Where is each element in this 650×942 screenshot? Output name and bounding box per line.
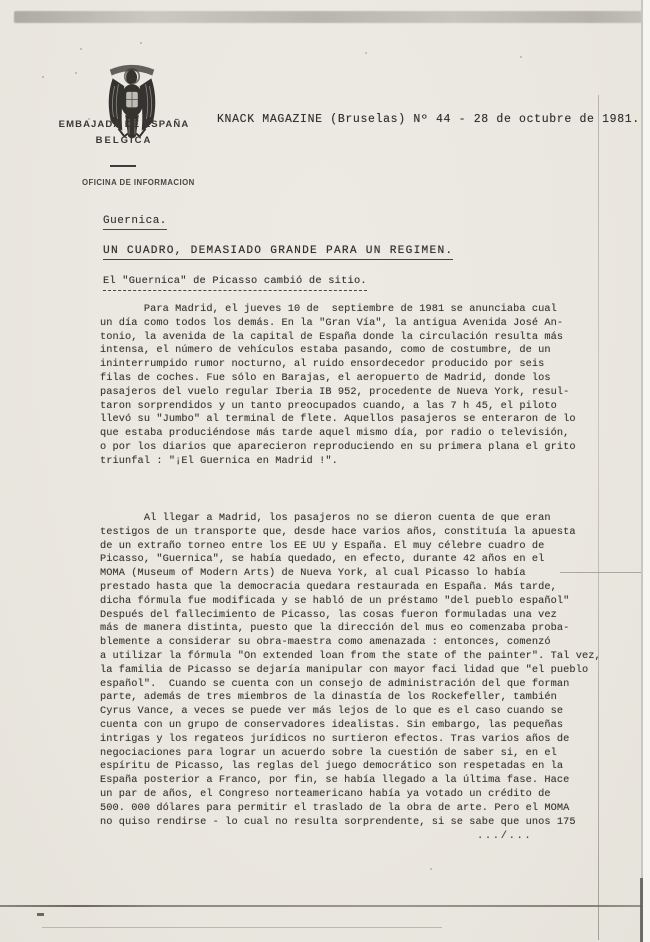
scan-artifact-mark <box>640 878 643 942</box>
scan-speck <box>80 48 82 50</box>
publication-header: KNACK MAGAZINE (Bruselas) Nº 44 - 28 de … <box>217 113 640 126</box>
scan-speck <box>140 42 142 44</box>
page-right-edge <box>641 0 650 942</box>
embassy-country: BELGICA <box>38 135 210 146</box>
scan-artifact-mark <box>37 913 44 916</box>
subtitle: El "Guernica" de Picasso cambió de sitio… <box>103 275 367 291</box>
scan-speck <box>520 56 522 58</box>
scan-speck <box>42 76 44 78</box>
scan-artifact-crease <box>42 927 442 928</box>
scanned-document-page: EMBAJADA DE ESPAÑA BELGICA OFICINA DE IN… <box>0 0 643 942</box>
embassy-name: EMBAJADA DE ESPAÑA <box>38 119 210 130</box>
scan-artifact-top-band <box>14 11 642 23</box>
scan-speck <box>365 52 367 54</box>
scan-artifact-crease <box>0 905 650 907</box>
continuation-mark: .../... <box>477 830 532 842</box>
scan-speck <box>430 868 432 870</box>
office-label: OFICINA DE INFORMACION <box>82 178 195 187</box>
kicker-heading: Guernica. <box>103 215 167 230</box>
main-title: UN CUADRO, DEMASIADO GRANDE PARA UN REGI… <box>103 245 453 260</box>
body-paragraph-1: Para Madrid, el jueves 10 de septiembre … <box>100 303 612 469</box>
body-paragraph-2: Al llegar a Madrid, los pasajeros no se … <box>100 512 612 829</box>
letterhead-org-block: EMBAJADA DE ESPAÑA BELGICA <box>38 119 210 146</box>
scan-speck <box>75 72 77 74</box>
letterhead-rule <box>110 165 136 167</box>
